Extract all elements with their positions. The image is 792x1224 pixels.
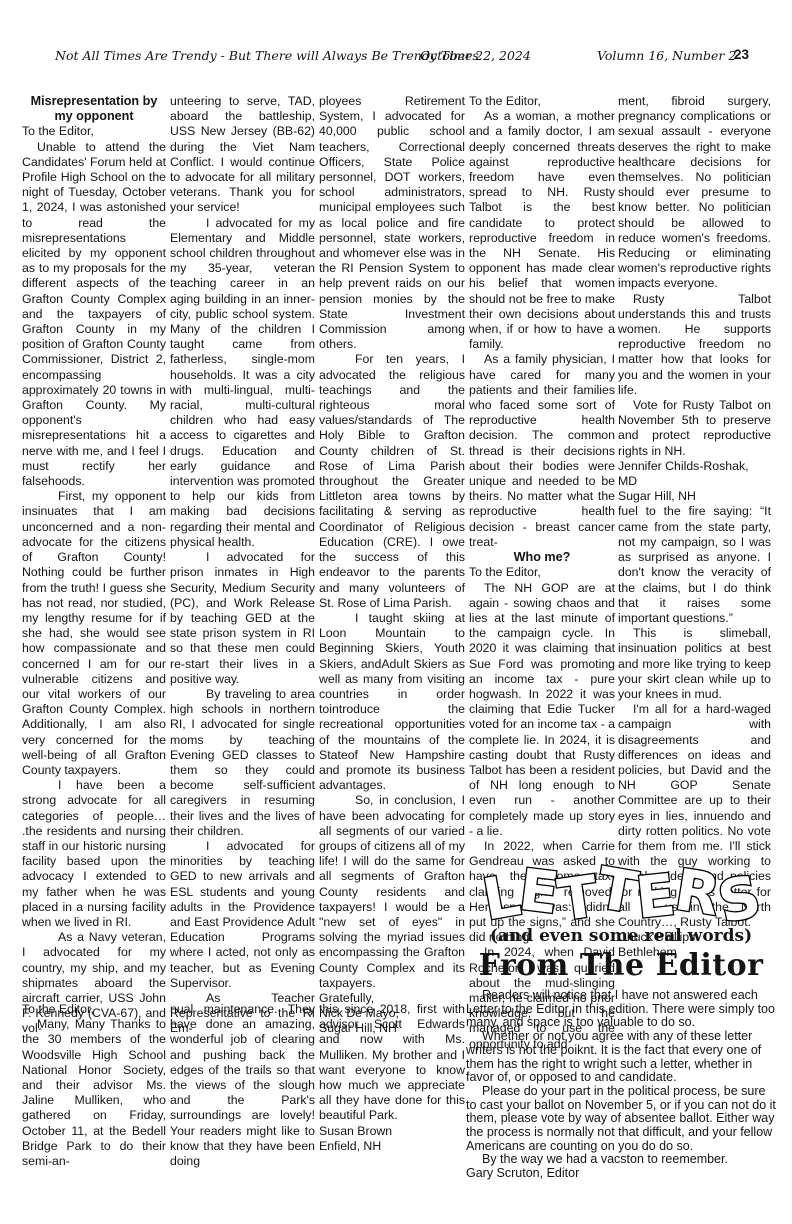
column-1: Misrepresentation by my opponent To the … xyxy=(22,94,166,1037)
masthead-tagline: Not All Times Are Trendy - But There wil… xyxy=(55,48,479,63)
column-5: ment, fibroid surgery, pregnancy complic… xyxy=(618,94,771,961)
letter-paragraph: Vote for Rusty Talbot on November 5th to… xyxy=(618,398,771,459)
editor-title: From The Editor xyxy=(466,948,776,983)
masthead: Not All Times Are Trendy - But There wil… xyxy=(0,48,792,68)
letter-paragraph: This is slimeball, insinuation politics … xyxy=(618,626,771,702)
letter-paragraph: I have been a strong advocate for all ca… xyxy=(22,778,166,930)
letter-paragraph: As a woman, a mother and a family doctor… xyxy=(469,109,615,352)
letter-paragraph: So, in conclusion, I have been advocatin… xyxy=(319,793,465,991)
page-number: 23 xyxy=(734,47,749,62)
letter-paragraph: ployees Retirement System, I advocated f… xyxy=(319,94,465,352)
letter-paragraph: I taught skiing at Loon Mountain to Begi… xyxy=(319,611,465,793)
letter-signature: Sugar Hill, NH xyxy=(618,489,771,504)
letter-paragraph: I advocated for my Elementary and Middle… xyxy=(170,216,315,550)
letter-paragraph: To the Editor, xyxy=(22,124,166,139)
column-3-bottom: this since 2018, first with advisor Scot… xyxy=(319,1002,465,1154)
letter-paragraph: First, my opponent insinuates that I am … xyxy=(22,489,166,778)
banner-letter: S xyxy=(714,868,766,932)
letter-paragraph: To the Editor, xyxy=(469,94,615,109)
letter-paragraph: To the Editor, xyxy=(22,1002,166,1017)
letter-signature: Enfield, NH xyxy=(319,1139,465,1154)
letter-paragraph: For ten years, I advocated the religious… xyxy=(319,352,465,610)
letter-paragraph: By traveling to area high schools in nor… xyxy=(170,687,315,839)
letter-paragraph: ment, fibroid surgery, pregnancy complic… xyxy=(618,94,771,292)
letter-paragraph: nual maintenance. They have done an amaz… xyxy=(170,1002,315,1169)
editor-paragraph: Readers will notice that I have not answ… xyxy=(466,989,776,1030)
column-2-bottom: nual maintenance. They have done an amaz… xyxy=(170,1002,315,1169)
editor-signature: Gary Scruton, Editor xyxy=(466,1167,776,1181)
letter-paragraph: To the Editor, xyxy=(469,565,615,580)
letter-signature: Susan Brown xyxy=(319,1124,465,1139)
letter-paragraph: Unable to attend the Candidates' Forum h… xyxy=(22,140,166,490)
column-3: ployees Retirement System, I advocated f… xyxy=(319,94,465,1037)
letter-paragraph: I advocated for prison inmates in High S… xyxy=(170,550,315,687)
letter-paragraph: fuel to the fire saying: “It came from t… xyxy=(618,504,771,626)
letter-heading-who-me: Who me? xyxy=(469,550,615,565)
letter-paragraph: The NH GOP are at again - sowing chaos a… xyxy=(469,581,615,839)
banner-letter: T xyxy=(555,869,601,931)
from-the-editor-section: L E T T E R S (and even some real words)… xyxy=(466,846,776,1181)
editor-paragraph: Please do your part in the political pro… xyxy=(466,1085,776,1154)
letter-paragraph: As a family physician, I have cared for … xyxy=(469,352,615,550)
masthead-volume: Volumn 16, Number 2 xyxy=(597,48,736,63)
letter-heading-misrepresentation: Misrepresentation by my opponent xyxy=(22,94,166,124)
letter-paragraph: Many, Many Thanks to the 30 members of t… xyxy=(22,1017,166,1169)
letter-signature: Jennifer Childs-Roshak, MD xyxy=(618,459,771,489)
column-1-bottom: To the Editor, Many, Many Thanks to the … xyxy=(22,1002,166,1169)
masthead-date: October 22, 2024 xyxy=(420,48,531,63)
letter-paragraph: I advocated for minorities by teaching G… xyxy=(170,839,315,991)
letters-banner-graphic: L E T T E R S xyxy=(466,846,776,924)
editor-paragraph: By the way we had a vacston to reemember… xyxy=(466,1153,776,1167)
newspaper-page: { "masthead": { "tagline": "Not All Time… xyxy=(0,0,792,1224)
column-2: unteering to serve, TAD, aboard the batt… xyxy=(170,94,315,1037)
editor-text: Readers will notice that I have not answ… xyxy=(466,989,776,1181)
letter-paragraph: Rusty Talbot understands this and trusts… xyxy=(618,292,771,398)
letter-paragraph: unteering to serve, TAD, aboard the batt… xyxy=(170,94,315,216)
editor-paragraph: Whether or not you agree with any of the… xyxy=(466,1030,776,1085)
letter-paragraph: this since 2018, first with advisor Scot… xyxy=(319,1002,465,1124)
